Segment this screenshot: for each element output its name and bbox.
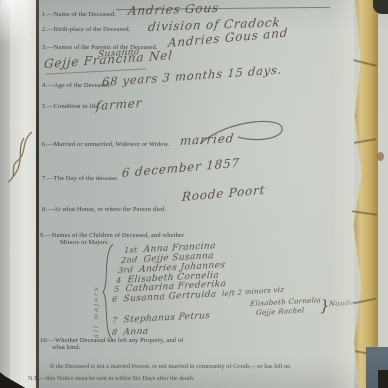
page-right-fold bbox=[330, 0, 354, 388]
red-ink-smudge bbox=[377, 152, 384, 161]
field-label-7: 7.—The Day of the decease. bbox=[42, 175, 119, 182]
child-ord: 3rd bbox=[118, 265, 134, 275]
bottom-right-dark-edge bbox=[378, 370, 388, 388]
death-notice-document-photo: 1.—Name of the Deceased. 2.—Birth-place … bbox=[0, 0, 388, 388]
child-ord: 6 bbox=[112, 295, 118, 304]
margin-note-vertical: all majors bbox=[92, 252, 100, 338]
children-brace bbox=[100, 243, 114, 341]
child-ord: 7 bbox=[112, 316, 118, 325]
value-married: married bbox=[179, 131, 234, 148]
child-ord: 5 bbox=[114, 285, 120, 294]
field-label-9: 9.—Names of the Children of Deceased, an… bbox=[40, 232, 184, 239]
field-label-6: 6.—Married or unmarried, Widower or Wido… bbox=[42, 141, 170, 148]
footer-note-line2: N.B.—this Notice must be sent in within … bbox=[28, 375, 195, 382]
footer-note-line1: If the Deceased is not a married Person,… bbox=[50, 363, 290, 370]
margin-ink-flourish bbox=[2, 128, 36, 186]
top-right-dark-corner bbox=[373, 0, 388, 14]
previous-page-edge bbox=[10, 0, 38, 388]
field-label-10b: what kind. bbox=[52, 344, 80, 351]
field-label-5: 5.—Condition in life. bbox=[42, 103, 100, 110]
field-label-2: 2.—Birth-place of the Deceased. bbox=[42, 26, 130, 33]
child-name: Anna bbox=[123, 327, 149, 338]
field-label-8: 8.—At what House, or where the Person di… bbox=[42, 206, 166, 213]
child-row-8: 8Anna bbox=[111, 327, 149, 338]
child-ord: 8 bbox=[112, 328, 118, 337]
field-label-1: 1.—Name of the Deceased. bbox=[42, 11, 116, 18]
child-ord: 1st bbox=[124, 245, 138, 255]
child-ord: 2nd bbox=[121, 255, 138, 265]
